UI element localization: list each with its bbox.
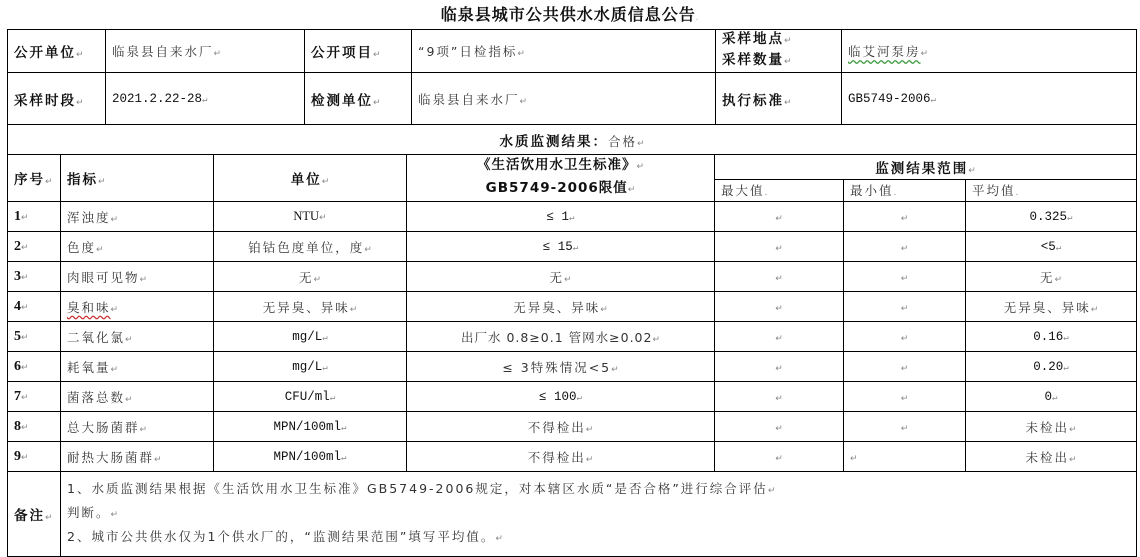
info-row-1: 公开单位↵ 临泉县自来水厂↵ 公开项目↵ “9项”日检指标↵ 采样地点↵ 采样数…: [8, 30, 1137, 73]
row-indicator: 二氧化氯↵: [61, 322, 214, 352]
row-no: 1↵: [8, 202, 61, 232]
row-indicator: 菌落总数↵: [61, 382, 214, 412]
period-label: 采样时段↵: [8, 73, 106, 125]
row-indicator: 耗氧量↵: [61, 352, 214, 382]
row-indicator: 臭和味↵: [61, 292, 214, 322]
row-min: ↵: [844, 322, 966, 352]
row-no: 4↵: [8, 292, 61, 322]
row-unit: NTU↵: [214, 202, 407, 232]
table-row: 4↵ 臭和味↵ 无异臭、异味↵ 无异臭、异味↵ ↵ ↵ 无异臭、异味↵: [8, 292, 1137, 322]
row-max: ↵: [715, 442, 844, 472]
site-labels: 采样地点↵ 采样数量↵: [716, 30, 842, 73]
table-row: 9↵ 耐热大肠菌群↵ MPN/100ml↵ 不得检出↵ ↵ ↵ 未检出↵: [8, 442, 1137, 472]
header-no: 序号↵: [8, 155, 61, 202]
row-indicator: 总大肠菌群↵: [61, 412, 214, 442]
row-max: ↵: [715, 412, 844, 442]
header-range: 监测结果范围↵: [715, 155, 1137, 180]
table-row: 6↵ 耗氧量↵ mg/L↵ ≤ 3特殊情况<5↵ ↵ ↵ 0.20↵: [8, 352, 1137, 382]
publisher-label: 公开单位↵: [8, 30, 106, 73]
row-avg: 无↵: [966, 262, 1137, 292]
row-max: ↵: [715, 232, 844, 262]
header-limit: 《生活饮用水卫生标准》↵ GB5749-2006限值↵: [407, 155, 715, 202]
row-limit: 无↵: [407, 262, 715, 292]
row-no: 5↵: [8, 322, 61, 352]
row-indicator: 耐热大肠菌群↵: [61, 442, 214, 472]
period-value: 2021.2.22-28↵: [106, 73, 305, 125]
row-no: 3↵: [8, 262, 61, 292]
row-min: ↵: [844, 412, 966, 442]
row-avg: 0.325↵: [966, 202, 1137, 232]
result-value: 合格: [608, 134, 637, 149]
row-unit: mg/L↵: [214, 352, 407, 382]
row-max: ↵: [715, 322, 844, 352]
row-no: 6↵: [8, 352, 61, 382]
row-no: 7↵: [8, 382, 61, 412]
row-avg: <5↵: [966, 232, 1137, 262]
row-limit: ≤ 15↵: [407, 232, 715, 262]
result-label: 水质监测结果：: [499, 134, 608, 150]
row-unit: 铂钴色度单位，度↵: [214, 232, 407, 262]
row-avg: 0.20↵: [966, 352, 1137, 382]
row-min: ↵: [844, 352, 966, 382]
row-limit: ≤ 1↵: [407, 202, 715, 232]
row-max: ↵: [715, 292, 844, 322]
row-unit: MPN/100ml↵: [214, 442, 407, 472]
row-no: 9↵: [8, 442, 61, 472]
remark-line-1: 1、水质监测结果根据《生活饮用水卫生标准》GB5749-2006规定，对本辖区水…: [67, 478, 1130, 502]
result-cell: 水质监测结果：合格↵: [8, 125, 1137, 155]
paragraph-mark: .: [696, 13, 700, 22]
info-row-2: 采样时段↵ 2021.2.22-28↵ 检测单位↵ 临泉县自来水厂↵ 执行标准↵…: [8, 73, 1137, 125]
remarks-label: 备注↵: [8, 472, 61, 557]
limit-line-2: GB5749-2006限值↵: [413, 178, 708, 201]
row-limit: ≤ 100↵: [407, 382, 715, 412]
row-unit: CFU/ml↵: [214, 382, 407, 412]
table-row: 7↵ 菌落总数↵ CFU/ml↵ ≤ 100↵ ↵ ↵ 0↵: [8, 382, 1137, 412]
row-unit: mg/L↵: [214, 322, 407, 352]
lab-label: 检测单位↵: [305, 73, 412, 125]
row-indicator: 色度↵: [61, 232, 214, 262]
result-row: 水质监测结果：合格↵: [8, 125, 1137, 155]
row-avg: 0↵: [966, 382, 1137, 412]
row-avg: 未检出↵: [966, 412, 1137, 442]
table-row: 8↵ 总大肠菌群↵ MPN/100ml↵ 不得检出↵ ↵ ↵ 未检出↵: [8, 412, 1137, 442]
publisher-value: 临泉县自来水厂↵: [106, 30, 305, 73]
row-no: 2↵: [8, 232, 61, 262]
item-value: “9项”日检指标↵: [412, 30, 716, 73]
row-min: ↵: [844, 232, 966, 262]
row-min: ↵: [844, 442, 966, 472]
table-row: 2↵ 色度↵ 铂钴色度单位，度↵ ≤ 15↵ ↵ ↵ <5↵: [8, 232, 1137, 262]
row-avg: 未检出↵: [966, 442, 1137, 472]
header-row-1: 序号↵ 指标↵ 单位↵ 《生活饮用水卫生标准》↵ GB5749-2006限值↵ …: [8, 155, 1137, 180]
item-label: 公开项目↵: [305, 30, 412, 73]
row-min: ↵: [844, 382, 966, 412]
row-avg: 0.16↵: [966, 322, 1137, 352]
row-unit: 无↵: [214, 262, 407, 292]
title-text: 临泉县城市公共供水水质信息公告: [441, 5, 696, 24]
table-row: 5↵ 二氧化氯↵ mg/L↵ 出厂水 0.8≥0.1 管网水≥0.02↵ ↵ ↵…: [8, 322, 1137, 352]
header-min: 最小值.: [844, 179, 966, 201]
table-row: 1↵ 浑浊度↵ NTU↵ ≤ 1↵ ↵ ↵ 0.325↵: [8, 202, 1137, 232]
remarks-content: 1、水质监测结果根据《生活饮用水卫生标准》GB5749-2006规定，对本辖区水…: [61, 472, 1137, 557]
row-no: 8↵: [8, 412, 61, 442]
row-unit: 无异臭、异味↵: [214, 292, 407, 322]
row-avg: 无异臭、异味↵: [966, 292, 1137, 322]
row-unit: MPN/100ml↵: [214, 412, 407, 442]
lab-value: 临泉县自来水厂↵: [412, 73, 716, 125]
remarks-row: 备注↵ 1、水质监测结果根据《生活饮用水卫生标准》GB5749-2006规定，对…: [8, 472, 1137, 557]
document-title: 临泉县城市公共供水水质信息公告.: [0, 2, 1140, 25]
remark-line-2: 判断。↵: [67, 502, 1130, 526]
table-row: 3↵ 肉眼可见物↵ 无↵ 无↵ ↵ ↵ 无↵: [8, 262, 1137, 292]
row-limit: 出厂水 0.8≥0.1 管网水≥0.02↵: [407, 322, 715, 352]
header-indicator: 指标↵: [61, 155, 214, 202]
row-indicator: 肉眼可见物↵: [61, 262, 214, 292]
row-max: ↵: [715, 202, 844, 232]
site-label: 采样地点↵: [722, 30, 835, 51]
row-limit: 不得检出↵: [407, 442, 715, 472]
remark-line-3: 2、城市公共供水仅为1个供水厂的，“监测结果范围”填写平均值。↵: [67, 526, 1130, 550]
standard-value: GB5749-2006↵: [842, 73, 1137, 125]
header-avg: 平均值.: [966, 179, 1137, 201]
row-limit: ≤ 3特殊情况<5↵: [407, 352, 715, 382]
row-min: ↵: [844, 292, 966, 322]
row-min: ↵: [844, 262, 966, 292]
limit-line-1: 《生活饮用水卫生标准》↵: [413, 155, 708, 178]
header-unit: 单位↵: [214, 155, 407, 202]
header-max: 最大值.: [715, 179, 844, 201]
row-indicator: 浑浊度↵: [61, 202, 214, 232]
row-min: ↵: [844, 202, 966, 232]
row-max: ↵: [715, 262, 844, 292]
standard-label: 执行标准↵: [716, 73, 842, 125]
row-limit: 不得检出↵: [407, 412, 715, 442]
site-value: 临艾河泵房↵: [842, 30, 1137, 73]
row-max: ↵: [715, 352, 844, 382]
row-max: ↵: [715, 382, 844, 412]
quality-table: 序号↵ 指标↵ 单位↵ 《生活饮用水卫生标准》↵ GB5749-2006限值↵ …: [7, 154, 1137, 557]
row-limit: 无异臭、异味↵: [407, 292, 715, 322]
info-table: 公开单位↵ 临泉县自来水厂↵ 公开项目↵ “9项”日检指标↵ 采样地点↵ 采样数…: [7, 29, 1137, 155]
count-label: 采样数量↵: [722, 51, 835, 72]
